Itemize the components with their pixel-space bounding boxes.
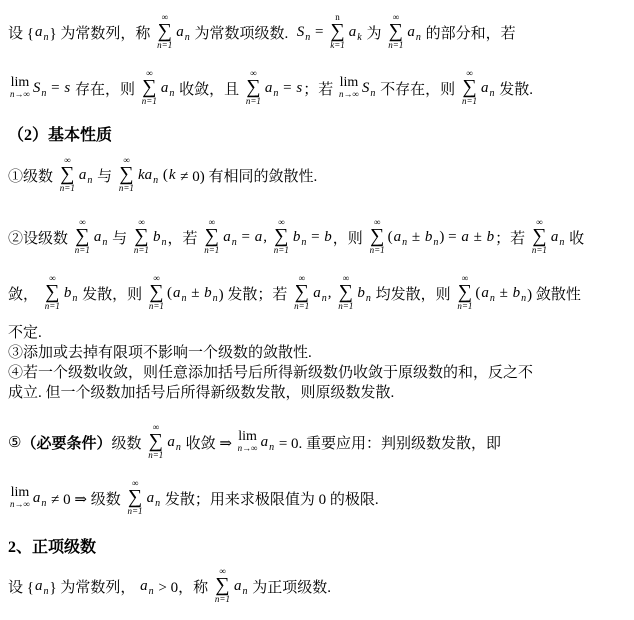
math-variable: an xyxy=(261,434,275,451)
math-variable: b xyxy=(487,229,495,246)
math-variable: an xyxy=(481,80,495,97)
math-subscript: n xyxy=(41,88,46,99)
sigma-icon: ∑ xyxy=(142,78,156,97)
text-run: 为 xyxy=(363,22,386,43)
summation-symbol: ∞∑n=1 xyxy=(75,218,90,256)
text-run: = xyxy=(307,229,323,246)
math-variable: an xyxy=(161,80,175,97)
math-variable: Sn xyxy=(297,24,311,41)
math-subscript: n xyxy=(433,237,438,248)
para-prop-3: ③添加或去掉有限项不影响一个级数的敛散性. xyxy=(8,341,626,361)
summation-symbol: ∞∑n=1 xyxy=(134,218,149,256)
text-run: 级数 xyxy=(111,432,145,453)
math-variable: ak xyxy=(349,24,362,41)
sigma-icon: ∑ xyxy=(149,432,163,451)
sigma-icon: ∑ xyxy=(60,165,74,184)
math-subscript: n xyxy=(102,237,107,248)
math-variable: an xyxy=(551,229,565,246)
math-variable-base: a xyxy=(79,167,87,183)
sigma-icon: ∑ xyxy=(370,227,384,246)
summation-lower-limit: n=1 xyxy=(338,302,353,312)
math-variable-base: a xyxy=(481,80,489,96)
text-run: 不存在，则 xyxy=(376,78,459,99)
text-line: limn→∞Sn = s 存在，则 ∞∑n=1an 收敛，且 ∞∑n=1an =… xyxy=(8,60,626,116)
summation-lower-limit: n=1 xyxy=(119,184,134,194)
math-variable: Sn xyxy=(362,80,376,97)
summation-lower-limit: n=1 xyxy=(215,595,230,605)
limit-word: lim xyxy=(238,430,257,444)
math-subscript: n xyxy=(521,293,526,304)
limit-operator: limn→∞ xyxy=(238,430,258,454)
limit-word: lim xyxy=(11,486,30,500)
math-subscript: n xyxy=(43,32,48,43)
sigma-icon: ∑ xyxy=(128,488,142,507)
math-variable: an xyxy=(167,434,181,451)
text-line: 成立. 但一个级数加括号后所得新级数发散，则原级数发散. xyxy=(8,381,626,401)
math-subscript: n xyxy=(402,237,407,248)
math-variable: an xyxy=(35,578,49,595)
text-run: ) = xyxy=(439,229,460,246)
math-variable: bn xyxy=(64,285,78,302)
math-subscript: n xyxy=(155,498,160,509)
math-subscript: n xyxy=(305,32,310,43)
text-run: ± xyxy=(187,285,203,302)
summation-lower-limit: n=1 xyxy=(142,97,157,107)
sigma-icon: ∑ xyxy=(330,22,344,41)
para-series-definition: 设 {an} 为常数列，称 ∞∑n=1an 为常数项级数. Sn = n∑k=1… xyxy=(8,4,626,116)
math-variable-base: a xyxy=(94,229,102,245)
summation-lower-limit: n=1 xyxy=(532,246,547,256)
math-variable-base: a xyxy=(35,578,43,594)
text-line: 2、正项级数 xyxy=(8,535,626,556)
summation-lower-limit: n=1 xyxy=(204,246,219,256)
math-variable: bn xyxy=(204,285,218,302)
sigma-icon: ∑ xyxy=(339,283,353,302)
math-variable-base: a xyxy=(255,229,263,245)
math-variable-base: S xyxy=(362,80,370,96)
math-variable: Sn xyxy=(33,80,47,97)
math-variable-base: a xyxy=(234,578,242,594)
sigma-icon: ∑ xyxy=(295,283,309,302)
text-line: limn→∞an ≠ 0 ⇒ 级数 ∞∑n=1an 发散；用来求极限值为 0 的… xyxy=(8,470,626,526)
math-variable-base: a xyxy=(161,80,169,96)
math-variable-base: a xyxy=(140,578,148,594)
math-variable: an xyxy=(394,229,408,246)
para-prop-5: ⑤（必要条件）级数 ∞∑n=1an 收敛 ⇒ limn→∞an = 0. 重要应… xyxy=(8,414,626,526)
limit-subscript: n→∞ xyxy=(339,90,359,100)
summation-symbol: ∞∑n=1 xyxy=(215,567,230,605)
bold-text-run: （必要条件） xyxy=(21,432,111,453)
math-variable: an xyxy=(176,24,190,41)
text-run: 为常数项级数. xyxy=(191,22,296,43)
summation-symbol: ∞∑n=1 xyxy=(119,156,134,194)
text-run: 与 xyxy=(93,165,116,186)
summation-lower-limit: n=1 xyxy=(370,246,385,256)
math-variable-base: b xyxy=(513,285,521,301)
summation-lower-limit: n=1 xyxy=(388,41,403,51)
math-variable: bn xyxy=(153,229,167,246)
text-run: ) 敛散性 xyxy=(527,283,581,304)
math-variable: an xyxy=(33,490,47,507)
text-run: ；若 xyxy=(303,78,337,99)
text-run: ( xyxy=(475,285,480,302)
math-subscript: n xyxy=(41,498,46,509)
math-variable-base: a xyxy=(147,490,155,506)
para-prop-2: ②设级数 ∞∑n=1an 与 ∞∑n=1bn，若 ∞∑n=1an = a, ∞∑… xyxy=(8,209,626,341)
math-variable: bn xyxy=(513,285,527,302)
text-run: ②设级数 xyxy=(8,227,72,248)
document-page: 设 {an} 为常数列，称 ∞∑n=1an 为常数项级数. Sn = n∑k=1… xyxy=(0,0,634,620)
summation-symbol: ∞∑n=1 xyxy=(294,274,309,312)
summation-lower-limit: n=1 xyxy=(75,246,90,256)
math-variable: an xyxy=(223,229,237,246)
summation-symbol: ∞∑n=1 xyxy=(127,479,142,517)
math-variable-base: a xyxy=(551,229,559,245)
math-subscript: k xyxy=(357,32,361,43)
sigma-icon: ∑ xyxy=(274,227,288,246)
summation-symbol: ∞∑n=1 xyxy=(45,274,60,312)
math-variable: an xyxy=(173,285,187,302)
text-run: , xyxy=(263,229,271,246)
summation-symbol: ∞∑n=1 xyxy=(370,218,385,256)
math-variable-base: a xyxy=(481,285,489,301)
math-variable-base: a xyxy=(261,434,269,450)
summation-symbol: ∞∑n=1 xyxy=(388,13,403,51)
math-variable-base: b xyxy=(204,285,212,301)
text-run: = xyxy=(47,80,63,97)
math-subscript: n xyxy=(269,442,274,453)
math-variable-base: b xyxy=(487,229,495,245)
text-line: 不定. xyxy=(8,321,626,341)
text-run: 设 { xyxy=(8,576,34,597)
text-line: 设 {an} 为常数列，称 ∞∑n=1an 为常数项级数. Sn = n∑k=1… xyxy=(8,4,626,60)
math-variable-base: b xyxy=(153,229,161,245)
math-variable: bn xyxy=(293,229,307,246)
limit-subscript: n→∞ xyxy=(10,500,30,510)
math-subscript: n xyxy=(153,175,158,186)
text-run: ± xyxy=(496,285,512,302)
math-variable-base: S xyxy=(33,80,41,96)
math-variable-base: a xyxy=(167,434,175,450)
text-run: ( xyxy=(167,285,172,302)
summation-lower-limit: n=1 xyxy=(148,451,163,461)
heading-positive-series: 2、正项级数 xyxy=(8,535,626,556)
math-variable-base: a xyxy=(394,229,402,245)
sigma-icon: ∑ xyxy=(149,283,163,302)
math-variable: bn xyxy=(357,285,371,302)
summation-lower-limit: n=1 xyxy=(127,507,142,517)
math-variable: s xyxy=(296,80,302,97)
limit-word: lim xyxy=(11,76,30,90)
text-run: ± xyxy=(408,229,424,246)
math-variable-base: b xyxy=(324,229,332,245)
summation-lower-limit: n=1 xyxy=(157,41,172,51)
math-variable-base: a xyxy=(176,24,184,40)
heading-basic-properties: （2）基本性质 xyxy=(8,123,626,144)
math-variable: a xyxy=(255,229,263,246)
math-variable: s xyxy=(64,80,70,97)
summation-symbol: ∞∑n=1 xyxy=(457,274,472,312)
text-run: ± xyxy=(470,229,486,246)
math-subscript: n xyxy=(87,175,92,186)
math-variable-base: a xyxy=(33,490,41,506)
text-run: ( xyxy=(159,167,168,184)
math-variable: b xyxy=(324,229,332,246)
summation-lower-limit: n=1 xyxy=(60,184,75,194)
math-variable-base: a xyxy=(35,24,43,40)
limit-operator: limn→∞ xyxy=(10,76,30,100)
sigma-icon: ∑ xyxy=(134,227,148,246)
math-variable: an xyxy=(147,490,161,507)
text-run: 收 xyxy=(565,227,584,248)
math-variable-base: b xyxy=(357,285,365,301)
math-variable-base: a xyxy=(461,229,469,245)
text-line: ③添加或去掉有限项不影响一个级数的敛散性. xyxy=(8,341,626,361)
sigma-icon: ∑ xyxy=(45,283,59,302)
math-variable: an xyxy=(140,578,154,595)
math-variable: a xyxy=(461,229,469,246)
math-variable-base: b xyxy=(293,229,301,245)
math-variable: k xyxy=(169,167,176,184)
text-run: ；若 xyxy=(495,227,529,248)
math-variable: an xyxy=(35,24,49,41)
text-line: ①级数 ∞∑n=1an 与 ∞∑n=1kan (k ≠ 0) 有相同的敛散性. xyxy=(8,147,626,203)
math-subscript: n xyxy=(232,237,237,248)
math-variable-base: a xyxy=(173,285,181,301)
math-variable-base: a xyxy=(313,285,321,301)
text-run: ④若一个级数收敛，则任意添加括号后所得新级数仍收敛于原级数的和，反之不 xyxy=(8,361,533,382)
text-run: 发散. xyxy=(496,78,534,99)
text-run: ≠ 0 ⇒ 级数 xyxy=(47,488,124,509)
math-variable: an xyxy=(234,578,248,595)
math-variable: an xyxy=(265,80,279,97)
summation-symbol: ∞∑n=1 xyxy=(532,218,547,256)
summation-lower-limit: n=1 xyxy=(45,302,60,312)
summation-symbol: ∞∑n=1 xyxy=(148,423,163,461)
limit-operator: limn→∞ xyxy=(339,76,359,100)
sigma-icon: ∑ xyxy=(158,22,172,41)
document-content: 设 {an} 为常数列，称 ∞∑n=1an 为常数项级数. Sn = n∑k=1… xyxy=(8,4,626,614)
summation-lower-limit: n=1 xyxy=(462,97,477,107)
text-run: ) 发散；若 xyxy=(219,283,292,304)
math-subscript: n xyxy=(366,293,371,304)
math-subscript: n xyxy=(301,237,306,248)
math-subscript: n xyxy=(185,32,190,43)
text-run: ≠ 0) 有相同的敛散性. xyxy=(177,165,318,186)
summation-symbol: ∞∑n=1 xyxy=(142,69,157,107)
math-variable-base: a xyxy=(223,229,231,245)
text-run: = xyxy=(279,80,295,97)
math-variable-base: ka xyxy=(138,167,152,183)
summation-symbol: ∞∑n=1 xyxy=(149,274,164,312)
limit-subscript: n→∞ xyxy=(238,444,258,454)
sigma-icon: ∑ xyxy=(75,227,89,246)
math-subscript: n xyxy=(169,88,174,99)
summation-lower-limit: n=1 xyxy=(457,302,472,312)
text-line: （2）基本性质 xyxy=(8,123,626,144)
math-subscript: n xyxy=(559,237,564,248)
para-positive-def: 设 {an} 为常数列， an > 0，称 ∞∑n=1an 为正项级数. xyxy=(8,558,626,614)
text-run: 的部分和，若 xyxy=(422,22,516,43)
text-run: } 为常数列，称 xyxy=(49,22,154,43)
math-subscript: n xyxy=(370,88,375,99)
limit-subscript: n→∞ xyxy=(10,90,30,100)
summation-symbol: ∞∑n=1 xyxy=(204,218,219,256)
text-run: 成立. 但一个级数加括号后所得新级数发散，则原级数发散. xyxy=(8,381,394,402)
bold-text-run: 2、正项级数 xyxy=(8,534,96,557)
summation-symbol: n∑k=1 xyxy=(330,13,345,51)
math-subscript: n xyxy=(242,586,247,597)
summation-lower-limit: k=1 xyxy=(330,41,345,51)
summation-lower-limit: n=1 xyxy=(274,246,289,256)
text-run: = xyxy=(311,24,327,41)
summation-symbol: ∞∑n=1 xyxy=(274,218,289,256)
math-subscript: n xyxy=(149,586,154,597)
text-run: } 为常数列， xyxy=(49,576,139,597)
text-run: 均发散，则 xyxy=(372,283,455,304)
sigma-icon: ∑ xyxy=(246,78,260,97)
math-variable-base: s xyxy=(64,80,70,96)
text-run: 敛， xyxy=(8,283,42,304)
text-line: ④若一个级数收敛，则任意添加括号后所得新级数仍收敛于原级数的和，反之不 xyxy=(8,361,626,381)
text-run: 为正项级数. xyxy=(248,576,331,597)
math-subscript: n xyxy=(181,293,186,304)
math-subscript: n xyxy=(72,293,77,304)
limit-operator: limn→∞ xyxy=(10,486,30,510)
math-variable: an xyxy=(407,24,421,41)
text-run: ( xyxy=(388,229,393,246)
text-run: = 0. 重要应用：判别级数发散，即 xyxy=(275,432,501,453)
text-run: 与 xyxy=(108,227,131,248)
summation-lower-limit: n=1 xyxy=(246,97,261,107)
math-subscript: n xyxy=(176,442,181,453)
text-run: = xyxy=(238,229,254,246)
math-variable: bn xyxy=(425,229,439,246)
math-subscript: n xyxy=(416,32,421,43)
summation-symbol: ∞∑n=1 xyxy=(157,13,172,51)
text-line: ②设级数 ∞∑n=1an 与 ∞∑n=1bn，若 ∞∑n=1an = a, ∞∑… xyxy=(8,209,626,265)
text-run: 收敛 ⇒ xyxy=(182,432,236,453)
math-variable: an xyxy=(481,285,495,302)
math-variable-base: b xyxy=(64,285,72,301)
text-line: 设 {an} 为常数列， an > 0，称 ∞∑n=1an 为正项级数. xyxy=(8,558,626,614)
sigma-icon: ∑ xyxy=(389,22,403,41)
math-variable-base: a xyxy=(407,24,415,40)
text-run: 发散，则 xyxy=(78,283,146,304)
math-subscript: n xyxy=(273,88,278,99)
sigma-icon: ∑ xyxy=(458,283,472,302)
math-subscript: n xyxy=(213,293,218,304)
text-run: 设 { xyxy=(8,22,34,43)
para-prop-4: ④若一个级数收敛，则任意添加括号后所得新级数仍收敛于原级数的和，反之不成立. 但… xyxy=(8,361,626,401)
sigma-icon: ∑ xyxy=(532,227,546,246)
math-subscript: n xyxy=(490,88,495,99)
para-prop-1: ①级数 ∞∑n=1an 与 ∞∑n=1kan (k ≠ 0) 有相同的敛散性. xyxy=(8,147,626,203)
math-variable: kan xyxy=(138,167,158,184)
math-variable: an xyxy=(94,229,108,246)
text-run: 存在，则 xyxy=(71,78,139,99)
text-run: 发散；用来求极限值为 0 的极限. xyxy=(161,488,379,509)
math-variable-base: a xyxy=(349,24,357,40)
summation-lower-limit: n=1 xyxy=(294,302,309,312)
math-variable-base: k xyxy=(169,167,176,183)
text-run: ⑤ xyxy=(8,433,21,452)
math-variable-base: b xyxy=(425,229,433,245)
sigma-icon: ∑ xyxy=(119,165,133,184)
text-run: ，则 xyxy=(333,227,367,248)
text-run: 不定. xyxy=(8,321,42,342)
bold-text-run: （2）基本性质 xyxy=(8,122,112,145)
math-subscript: n xyxy=(322,293,327,304)
math-variable-base: a xyxy=(265,80,273,96)
text-line: 敛， ∞∑n=1bn 发散，则 ∞∑n=1(an ± bn) 发散；若 ∞∑n=… xyxy=(8,265,626,321)
summation-symbol: ∞∑n=1 xyxy=(246,69,261,107)
summation-lower-limit: n=1 xyxy=(149,302,164,312)
math-subscript: n xyxy=(43,586,48,597)
sigma-icon: ∑ xyxy=(462,78,476,97)
text-run: , xyxy=(328,285,336,302)
summation-symbol: ∞∑n=1 xyxy=(462,69,477,107)
math-variable: an xyxy=(313,285,327,302)
summation-lower-limit: n=1 xyxy=(134,246,149,256)
text-run: ①级数 xyxy=(8,165,57,186)
text-run: > 0，称 xyxy=(155,576,212,597)
sigma-icon: ∑ xyxy=(215,576,229,595)
math-variable-base: s xyxy=(296,80,302,96)
math-subscript: n xyxy=(161,237,166,248)
text-line: ⑤（必要条件）级数 ∞∑n=1an 收敛 ⇒ limn→∞an = 0. 重要应… xyxy=(8,414,626,470)
text-run: ③添加或去掉有限项不影响一个级数的敛散性. xyxy=(8,341,312,362)
text-run: 收敛，且 xyxy=(175,78,243,99)
math-variable: an xyxy=(79,167,93,184)
text-run: ，若 xyxy=(167,227,201,248)
summation-symbol: ∞∑n=1 xyxy=(338,274,353,312)
math-variable-base: S xyxy=(297,24,305,40)
sigma-icon: ∑ xyxy=(205,227,219,246)
summation-symbol: ∞∑n=1 xyxy=(60,156,75,194)
math-subscript: n xyxy=(490,293,495,304)
limit-word: lim xyxy=(340,76,359,90)
